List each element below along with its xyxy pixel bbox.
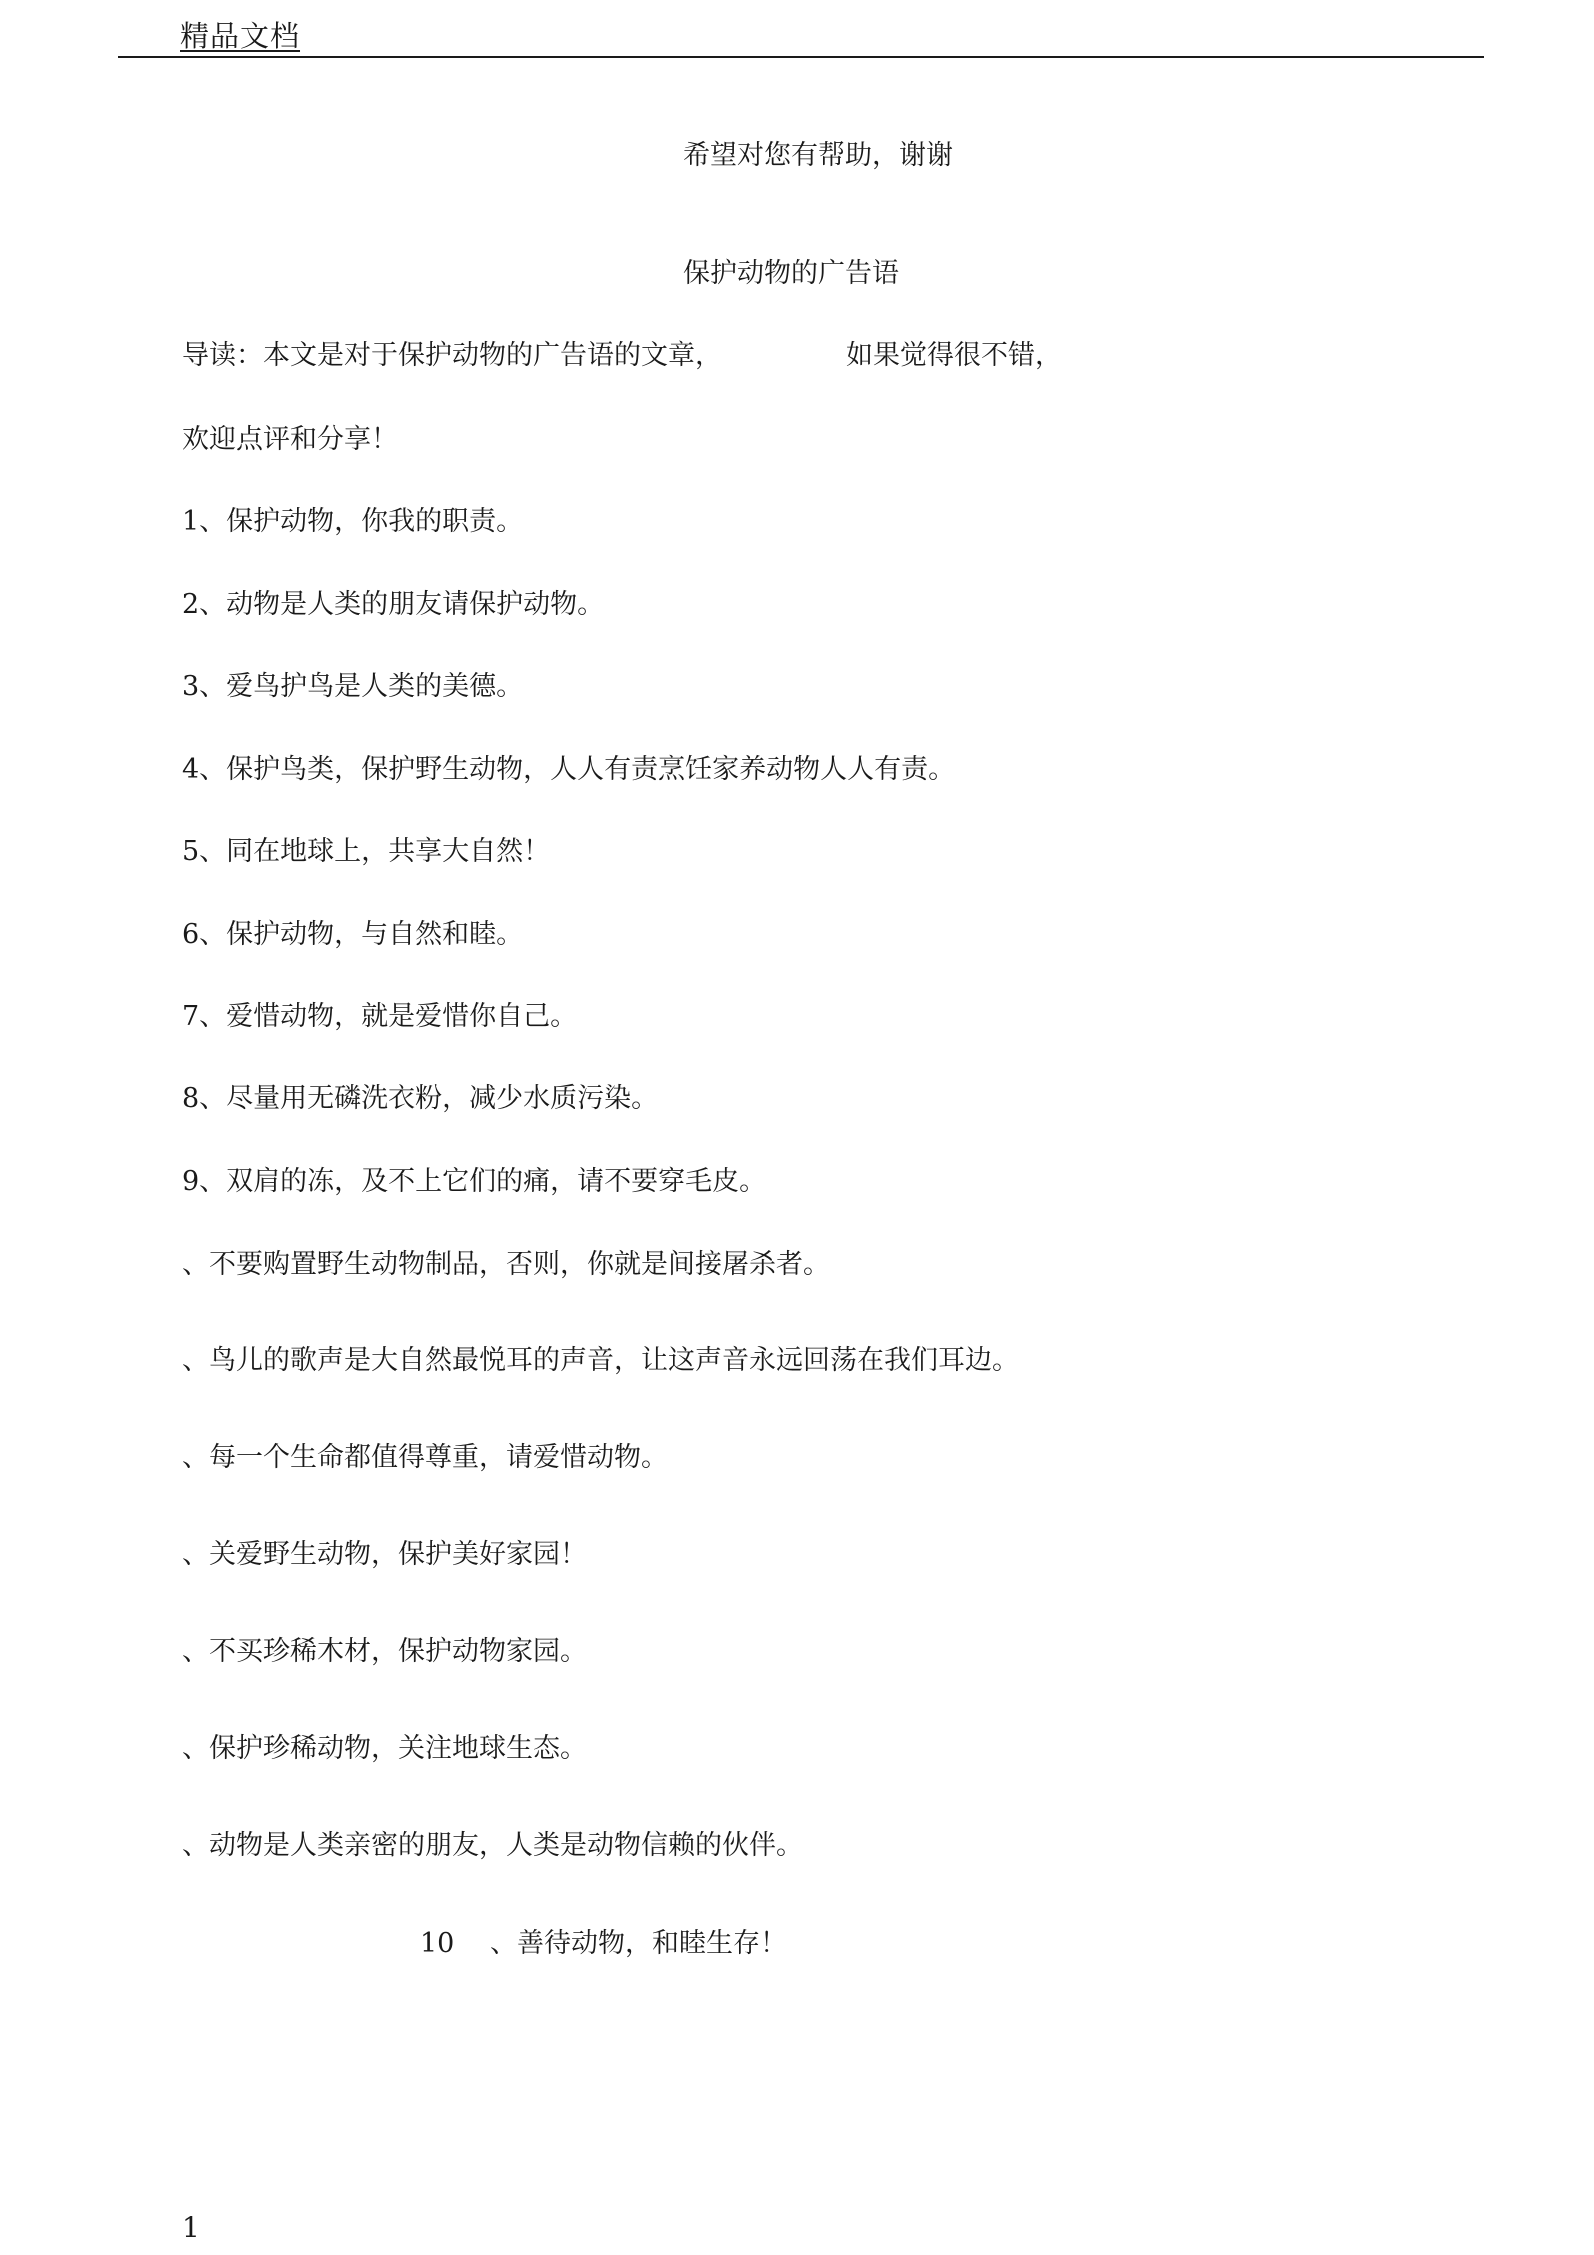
document-title: 保护动物的广告语: [683, 258, 899, 290]
list-item: 9、双肩的冻，及不上它们的痛，请不要穿毛皮。: [182, 1166, 766, 1198]
list-item: 、关爱野生动物，保护美好家园！: [182, 1539, 587, 1571]
list-item: 8、尽量用无磷洗衣粉，减少水质污染。: [182, 1083, 658, 1115]
intro-text-part1: 导读：本文是对于保护动物的广告语的文章，: [182, 340, 722, 372]
list-item: 、每一个生命都值得尊重，请爱惜动物。: [182, 1442, 668, 1474]
page-number: 1: [182, 2212, 200, 2244]
list-item: 、动物是人类亲密的朋友，人类是动物信赖的伙伴。: [182, 1830, 803, 1862]
intro-text-line2: 欢迎点评和分享！: [182, 424, 398, 456]
list-item: 、不买珍稀木材，保护动物家园。: [182, 1636, 587, 1668]
list-item: 、不要购置野生动物制品，否则，你就是间接屠杀者。: [182, 1249, 830, 1281]
last-item-text: 、善待动物，和睦生存！: [490, 1928, 787, 1960]
thanks-line: 希望对您有帮助，谢谢: [683, 140, 953, 172]
list-item: 、保护珍稀动物，关注地球生态。: [182, 1733, 587, 1765]
list-item: 5、同在地球上，共享大自然！: [182, 836, 550, 868]
intro-text-part2: 如果觉得很不错，: [846, 340, 1062, 372]
list-item: 7、爱惜动物，就是爱惜你自己。: [182, 1001, 577, 1033]
list-item: 2、动物是人类的朋友请保护动物。: [182, 589, 604, 621]
header-divider: [118, 56, 1484, 58]
list-item: 1、保护动物，你我的职责。: [182, 506, 523, 538]
list-item: 4、保护鸟类，保护野生动物，人人有责烹饪家养动物人人有责。: [182, 754, 955, 786]
list-item: 6、保护动物，与自然和睦。: [182, 919, 523, 951]
list-item: 、鸟儿的歌声是大自然最悦耳的声音，让这声音永远回荡在我们耳边。: [182, 1345, 1019, 1377]
last-item-number: 10: [420, 1928, 454, 1960]
list-item: 3、爱鸟护鸟是人类的美德。: [182, 671, 523, 703]
header-label: 精品文档: [180, 20, 300, 52]
